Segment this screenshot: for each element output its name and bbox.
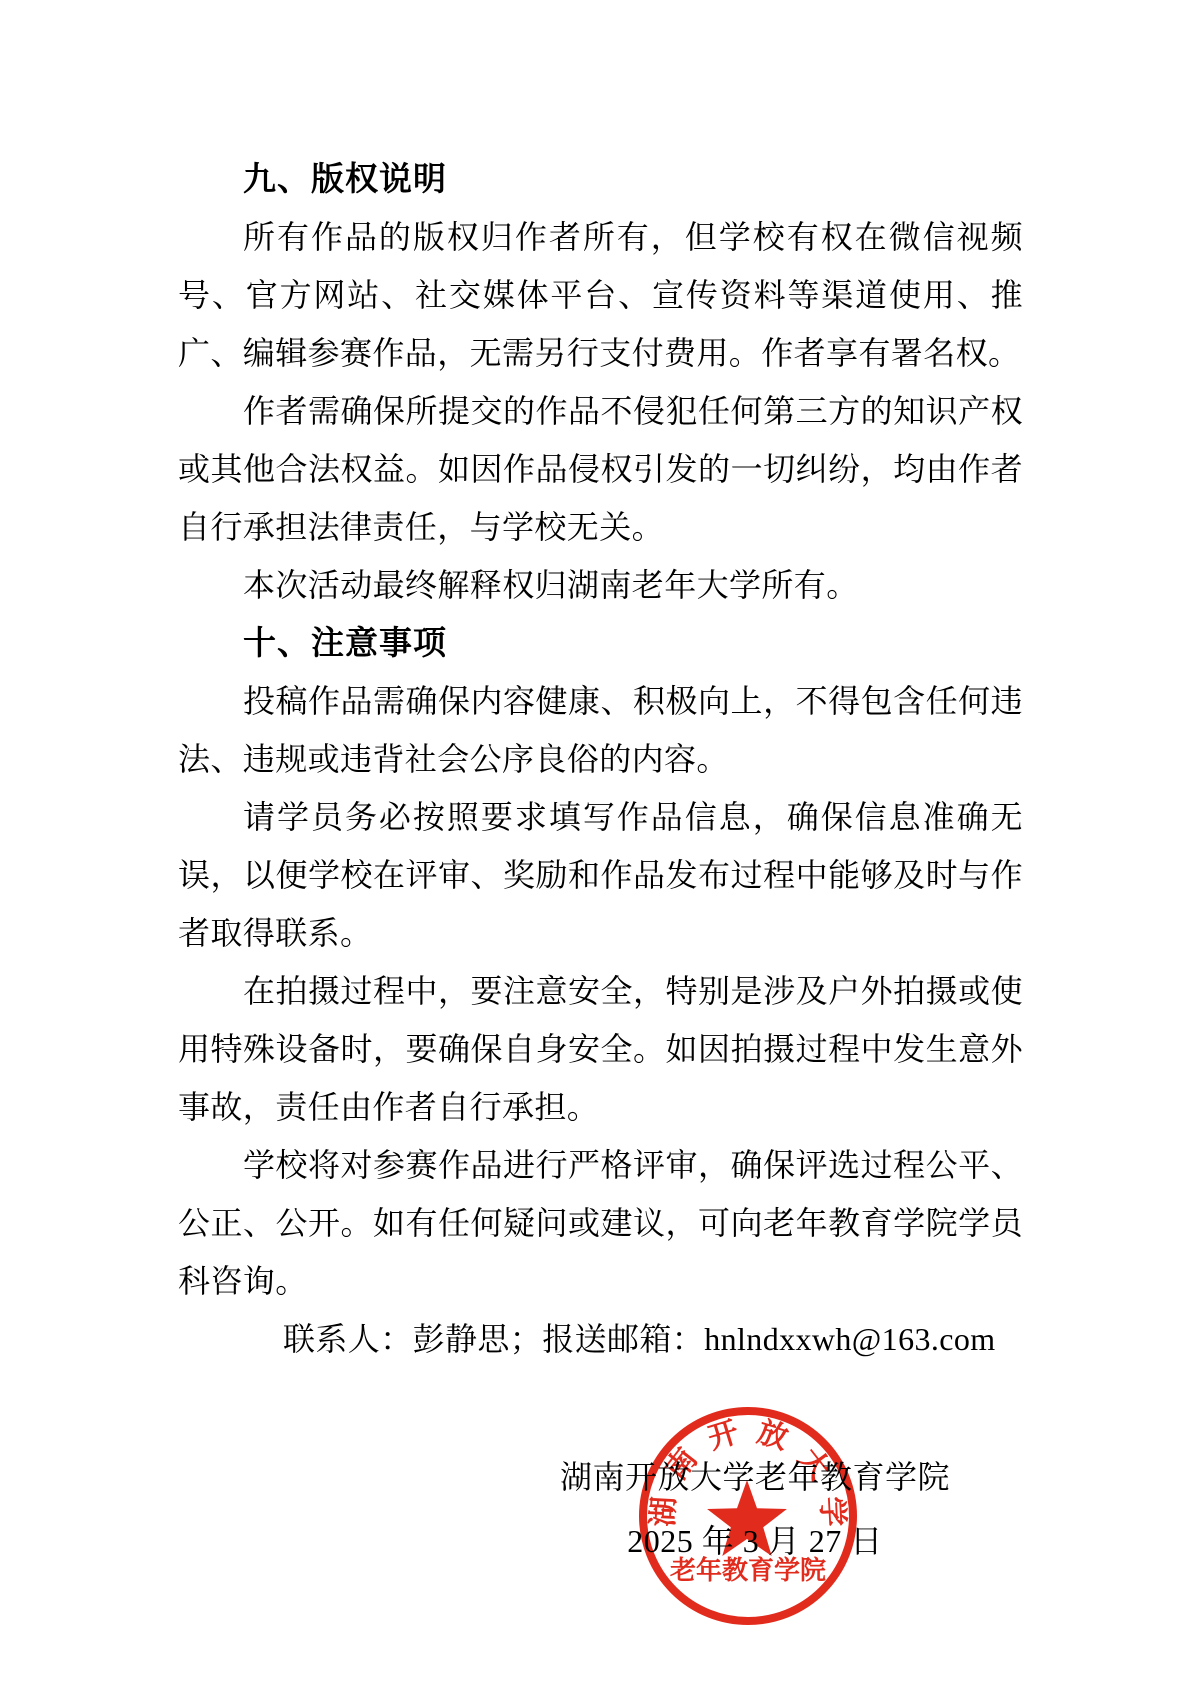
body-paragraph: 投稿作品需确保内容健康、积极向上，不得包含任何违法、违规或违背社会公序良俗的内容… bbox=[178, 672, 1023, 788]
body-paragraph: 请学员务必按照要求填写作品信息，确保信息准确无误，以便学校在评审、奖励和作品发布… bbox=[178, 788, 1023, 962]
section-10-heading: 十、注意事项 bbox=[178, 614, 1023, 672]
seal-ring-char: 湖 bbox=[647, 1496, 682, 1528]
body-paragraph: 所有作品的版权归作者所有，但学校有权在微信视频号、官方网站、社交媒体平台、宣传资… bbox=[178, 208, 1023, 382]
section-9-heading: 九、版权说明 bbox=[178, 150, 1023, 208]
body-paragraph: 本次活动最终解释权归湖南老年大学所有。 bbox=[178, 556, 1023, 614]
official-seal: 湖 南 开 放 大 学 老年教育学院 bbox=[628, 1396, 868, 1636]
document-page: 九、版权说明 所有作品的版权归作者所有，但学校有权在微信视频号、官方网站、社交媒… bbox=[0, 0, 1195, 1688]
seal-star-icon bbox=[707, 1480, 787, 1556]
seal-ring-char: 学 bbox=[815, 1496, 850, 1528]
contact-line: 联系人：彭静思；报送邮箱：hnlndxxwh@163.com bbox=[178, 1310, 1023, 1368]
document-body: 九、版权说明 所有作品的版权归作者所有，但学校有权在微信视频号、官方网站、社交媒… bbox=[178, 150, 1023, 1368]
seal-ring-char: 开 bbox=[704, 1416, 742, 1456]
seal-ring-char: 放 bbox=[753, 1416, 791, 1456]
body-paragraph: 在拍摄过程中，要注意安全，特别是涉及户外拍摄或使用特殊设备时，要确保自身安全。如… bbox=[178, 962, 1023, 1136]
seal-bottom-text: 老年教育学院 bbox=[670, 1555, 826, 1585]
body-paragraph: 学校将对参赛作品进行严格评审，确保评选过程公平、公正、公开。如有任何疑问或建议，… bbox=[178, 1136, 1023, 1310]
body-paragraph: 作者需确保所提交的作品不侵犯任何第三方的知识产权或其他合法权益。如因作品侵权引发… bbox=[178, 382, 1023, 556]
